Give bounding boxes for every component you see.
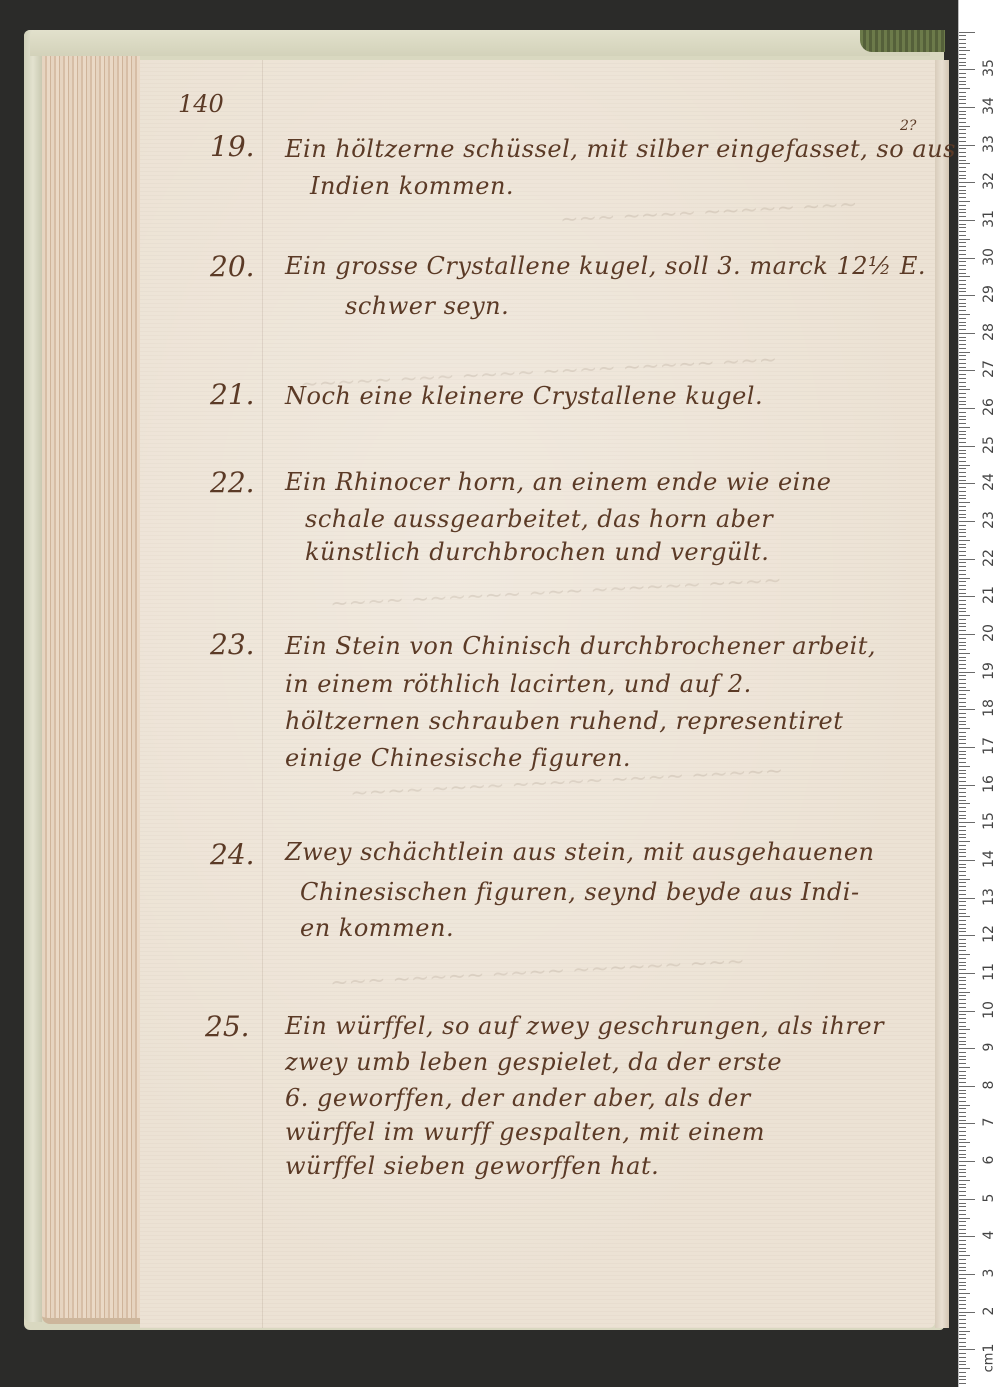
ruler-tick (959, 1334, 966, 1335)
ruler-tick (959, 129, 966, 130)
ruler-tick (959, 969, 966, 970)
ruler-tick (959, 58, 966, 59)
ruler-tick (959, 145, 975, 146)
ruler-tick (959, 999, 966, 1000)
ruler-tick (959, 1361, 966, 1362)
ruler-tick (959, 706, 966, 707)
ruler-tick (959, 570, 966, 571)
green-headband (860, 30, 945, 52)
ruler-tick (959, 1146, 966, 1147)
ruler-tick (959, 709, 975, 710)
ruler-label: 32 (981, 169, 997, 193)
ruler-tick (959, 382, 966, 383)
ruler-tick (959, 148, 966, 149)
ruler-tick (959, 1105, 970, 1106)
ruler-tick (959, 984, 966, 985)
ruler-tick (959, 1349, 975, 1350)
ruler-tick (959, 96, 966, 97)
ruler-tick (959, 1086, 975, 1087)
ruler-label: 17 (981, 734, 997, 758)
ruler-tick (959, 1278, 966, 1279)
ruler-tick (959, 1282, 966, 1283)
ruler-tick (959, 239, 970, 240)
ruler-tick (959, 280, 966, 281)
ruler-tick (959, 1240, 966, 1241)
ruler-tick (959, 209, 966, 210)
ruler-tick (959, 1090, 966, 1091)
ruler-label: 28 (981, 320, 997, 344)
ruler-tick (959, 807, 966, 808)
ruler-tick (959, 1218, 970, 1219)
ruler-tick (959, 442, 966, 443)
ruler-tick (959, 950, 966, 951)
entry-text-line: Indien kommen. (310, 172, 514, 200)
ruler-tick (959, 182, 975, 183)
ruler-tick (959, 461, 966, 462)
ruler-tick (959, 634, 975, 635)
ruler-tick (959, 525, 966, 526)
ruler-tick (959, 1041, 966, 1042)
ruler-tick (959, 118, 966, 119)
ruler-label: 27 (981, 357, 997, 381)
ruler-tick (959, 389, 970, 390)
ruler-label: 21 (981, 583, 997, 607)
ruler-tick (959, 32, 975, 33)
ruler-tick (959, 1236, 975, 1237)
ruler-tick (959, 1233, 966, 1234)
ruler-tick (959, 1078, 966, 1079)
ruler-tick (959, 1120, 966, 1121)
ruler-tick (959, 69, 975, 70)
ruler-tick (959, 1075, 966, 1076)
ruler-label: 20 (981, 621, 997, 645)
ruler-tick (959, 1029, 970, 1030)
ruler-tick (959, 754, 966, 755)
ruler-tick (959, 529, 966, 530)
ruler-tick (959, 1327, 966, 1328)
ruler-tick (959, 1199, 975, 1200)
ruler-tick (959, 141, 966, 142)
cover-spine-edge (24, 30, 42, 1322)
ruler-tick (959, 826, 966, 827)
ruler-label: 14 (981, 847, 997, 871)
ruler-tick (959, 167, 966, 168)
ruler-tick (959, 1191, 966, 1192)
ruler-tick (959, 107, 975, 108)
ruler-label: 26 (981, 395, 997, 419)
ruler-tick (959, 581, 966, 582)
ruler-tick (959, 254, 966, 255)
ruler-tick (959, 370, 975, 371)
ruler-tick (959, 822, 975, 823)
ruler-tick (959, 465, 970, 466)
ruler-tick (959, 1372, 966, 1373)
ruler-tick (959, 1165, 966, 1166)
ruler-tick (959, 657, 966, 658)
ruler-tick (959, 175, 966, 176)
ruler-tick (959, 1180, 970, 1181)
ruler-tick (959, 1267, 966, 1268)
ruler-tick (959, 578, 970, 579)
entry-text-line: in einem röthlich lacirten, und auf 2. (285, 670, 752, 698)
ruler-tick (959, 111, 966, 112)
ruler-tick (959, 1293, 970, 1294)
ruler-tick (959, 178, 966, 179)
ruler-tick (959, 721, 966, 722)
ruler-tick (959, 193, 966, 194)
ruler-tick (959, 197, 966, 198)
ruler-tick (959, 246, 966, 247)
ruler-tick (959, 574, 966, 575)
entry-text-line: würffel im wurff gespalten, mit einem (285, 1118, 765, 1146)
ruler-tick (959, 864, 966, 865)
ruler-tick (959, 965, 966, 966)
ruler-tick (959, 773, 966, 774)
ruler-tick (959, 935, 975, 936)
ruler-tick (959, 544, 966, 545)
ruler-tick (959, 468, 966, 469)
entry-text-line: einige Chinesische figuren. (285, 744, 631, 772)
ruler-tick (959, 649, 966, 650)
ruler-tick (959, 845, 966, 846)
ruler-tick (959, 856, 966, 857)
ruler-tick (959, 1229, 966, 1230)
ruler-tick (959, 152, 966, 153)
ruler-tick (959, 645, 966, 646)
ruler-label: 25 (981, 433, 997, 457)
ruler-tick (959, 35, 966, 36)
ruler-tick (959, 555, 966, 556)
ruler-tick (959, 348, 966, 349)
ruler-tick (959, 890, 966, 891)
ruler-label: 35 (981, 56, 997, 80)
ruler-label: 31 (981, 207, 997, 231)
ruler-tick (959, 660, 966, 661)
ruler-tick (959, 931, 966, 932)
ruler-tick (959, 1063, 966, 1064)
ruler-tick (959, 1003, 966, 1004)
ruler-tick (959, 600, 966, 601)
ruler-tick (959, 736, 966, 737)
ruler-tick (959, 916, 970, 917)
ruler-tick (959, 1255, 970, 1256)
ruler-label: 2 (981, 1299, 997, 1323)
ruler-label: 24 (981, 470, 997, 494)
ruler-tick (959, 1022, 966, 1023)
ruler-tick (959, 295, 975, 296)
ruler-tick (959, 905, 966, 906)
ruler-tick (959, 803, 970, 804)
ruler-tick (959, 160, 966, 161)
ruler-tick (959, 314, 970, 315)
ruler-tick (959, 1304, 966, 1305)
ruler-tick (959, 687, 966, 688)
ruler-tick (959, 604, 966, 605)
ruler-tick (959, 303, 966, 304)
ruler-tick (959, 386, 966, 387)
ruler-tick (959, 65, 966, 66)
ruler-tick (959, 728, 970, 729)
ruler-tick (959, 1059, 966, 1060)
ruler-tick (959, 653, 970, 654)
ruler-tick (959, 1210, 966, 1211)
ruler-tick (959, 638, 966, 639)
ruler-tick (959, 495, 966, 496)
ruler-label: 9 (981, 1035, 997, 1059)
ruler-tick (959, 1368, 970, 1369)
ruler-label: 8 (981, 1073, 997, 1097)
ruler-tick (959, 220, 975, 221)
ruler-tick (959, 340, 966, 341)
ruler-tick (959, 901, 966, 902)
ruler-label: 6 (981, 1148, 997, 1172)
ruler-tick (959, 1376, 966, 1377)
ruler-tick (959, 954, 970, 955)
ruler-tick (959, 1353, 966, 1354)
ruler-tick (959, 841, 970, 842)
entry-text-line: zwey umb leben gespielet, da der erste (285, 1048, 782, 1076)
ruler-label: 4 (981, 1223, 997, 1247)
ruler-tick (959, 457, 966, 458)
ruler-tick (959, 427, 970, 428)
entry-text-line: Ein höltzerne schüssel, mit silber einge… (285, 135, 956, 163)
ruler-label: 7 (981, 1110, 997, 1134)
ruler-tick (959, 781, 966, 782)
entry-text-line: Ein grosse Crystallene kugel, soll 3. ma… (285, 252, 926, 280)
ruler-tick (959, 943, 966, 944)
ruler-tick (959, 1082, 966, 1083)
ruler-tick (959, 608, 966, 609)
ruler-tick (959, 536, 966, 537)
ruler-label: 12 (981, 922, 997, 946)
ruler-tick (959, 480, 966, 481)
page-number: 140 (178, 90, 224, 118)
ruler-tick (959, 329, 966, 330)
ruler-tick (959, 792, 966, 793)
ruler-tick (959, 894, 966, 895)
ruler-tick (959, 886, 966, 887)
ruler-tick (959, 672, 975, 673)
entry-text-line: würffel sieben geworffen hat. (285, 1152, 659, 1180)
ruler-tick (959, 939, 966, 940)
ruler-tick (959, 401, 966, 402)
ruler-tick (959, 273, 966, 274)
ruler-tick (959, 1214, 966, 1215)
entry-text-line: Ein würffel, so auf zwey geschrungen, al… (285, 1012, 884, 1040)
ruler-tick (959, 337, 966, 338)
ruler-label: 18 (981, 696, 997, 720)
ruler-tick (959, 1308, 966, 1309)
ruler-tick (959, 698, 966, 699)
ruler-label: 22 (981, 546, 997, 570)
ruler-tick (959, 1383, 966, 1384)
ruler-label: 33 (981, 132, 997, 156)
ruler-tick (959, 679, 966, 680)
ruler-tick (959, 589, 966, 590)
ruler-tick (959, 291, 966, 292)
entry-number: 19. (210, 130, 255, 163)
ruler-tick (959, 322, 966, 323)
ruler-tick (959, 1067, 970, 1068)
ruler-tick (959, 566, 966, 567)
ruler-tick (959, 551, 966, 552)
ruler-tick (959, 1161, 975, 1162)
ruler-tick (959, 201, 970, 202)
ruler-tick (959, 1244, 966, 1245)
ruler-tick (959, 585, 966, 586)
ruler-tick (959, 412, 966, 413)
ruler-tick (959, 352, 970, 353)
ruler-tick (959, 913, 966, 914)
ruler-tick (959, 1331, 970, 1332)
gutter-fold (935, 60, 949, 1328)
ruler-tick (959, 491, 966, 492)
ruler-tick (959, 1319, 966, 1320)
entry-number: 24. (210, 838, 255, 871)
ruler-tick (959, 830, 966, 831)
ruler-label: 11 (981, 960, 997, 984)
ruler-tick (959, 1048, 975, 1049)
ruler-tick (959, 1139, 966, 1140)
ruler-tick (959, 84, 966, 85)
ruler-tick (959, 284, 966, 285)
ruler-tick (959, 258, 975, 259)
ruler-tick (959, 359, 966, 360)
ruler-tick (959, 1033, 966, 1034)
ruler-tick (959, 88, 970, 89)
ruler-tick (959, 1101, 966, 1102)
ruler-label: 30 (981, 245, 997, 269)
ruler-tick (959, 1184, 966, 1185)
ruler-tick (959, 521, 975, 522)
ruler-tick (959, 408, 975, 409)
ruler-tick (959, 1187, 966, 1188)
ruler-tick (959, 310, 966, 311)
ruler-tick (959, 103, 966, 104)
ruler-tick (959, 717, 966, 718)
ruler-tick (959, 713, 966, 714)
ruler-tick (959, 517, 966, 518)
ruler-tick (959, 514, 966, 515)
ruler-tick (959, 1259, 966, 1260)
ruler-tick (959, 837, 966, 838)
ruler-tick (959, 1346, 966, 1347)
ruler-tick (959, 882, 966, 883)
ruler-tick (959, 506, 966, 507)
entry-number: 22. (210, 466, 255, 499)
ruler-tick (959, 265, 966, 266)
ruler-tick (959, 611, 966, 612)
ruler-tick (959, 39, 966, 40)
ruler-tick (959, 751, 966, 752)
ruler-tick (959, 766, 970, 767)
ruler-label: 1 (981, 1336, 997, 1360)
ruler-tick (959, 977, 966, 978)
ruler-tick (959, 849, 966, 850)
ruler-tick (959, 1312, 975, 1313)
ruler-tick (959, 1169, 966, 1170)
ruler-tick (959, 995, 966, 996)
ruler-tick (959, 973, 975, 974)
ruler-tick (959, 419, 966, 420)
ruler-tick (959, 163, 970, 164)
ruler-tick (959, 288, 966, 289)
ruler-tick (959, 502, 970, 503)
ruler-tick (959, 743, 966, 744)
ruler-tick (959, 190, 966, 191)
ruler-label: 13 (981, 885, 997, 909)
entry-number: 20. (210, 250, 255, 283)
ruler-tick (959, 1342, 966, 1343)
ruler-tick (959, 1357, 966, 1358)
ruler-tick (959, 1285, 966, 1286)
entry-text-line: Noch eine kleinere Crystallene kugel. (285, 382, 763, 410)
ruler-tick (959, 1154, 966, 1155)
ruler-label: 15 (981, 809, 997, 833)
ruler-label: 10 (981, 998, 997, 1022)
ruler-tick (959, 962, 966, 963)
ruler-tick (959, 623, 966, 624)
centimeter-ruler: cm 1234567891011121314151617181920212223… (958, 0, 1000, 1387)
ruler-tick (959, 1203, 966, 1204)
ruler-tick (959, 472, 966, 473)
entry-text-line: höltzernen schrauben ruhend, representir… (285, 707, 843, 735)
ruler-tick (959, 114, 966, 115)
ruler-tick (959, 446, 975, 447)
ruler-tick (959, 1300, 966, 1301)
ruler-tick (959, 1011, 975, 1012)
ruler-tick (959, 498, 966, 499)
ruler-tick (959, 818, 966, 819)
page-edges-stack (42, 56, 140, 1324)
marginal-annotation: 2? (900, 118, 916, 134)
ruler-tick (959, 1172, 966, 1173)
ruler-tick (959, 1044, 966, 1045)
ruler-tick (959, 224, 966, 225)
ruler-label: 5 (981, 1186, 997, 1210)
ruler-tick (959, 1052, 966, 1053)
ruler-tick (959, 593, 966, 594)
ruler-tick (959, 562, 966, 563)
ruler-tick (959, 231, 966, 232)
ruler-tick (959, 920, 966, 921)
ruler-tick (959, 1338, 966, 1339)
ruler-tick (959, 1379, 966, 1380)
ruler-tick (959, 156, 966, 157)
ruler-tick (959, 99, 966, 100)
ruler-tick (959, 1131, 966, 1132)
ruler-tick (959, 796, 966, 797)
ruler-tick (959, 1116, 966, 1117)
ruler-tick (959, 958, 966, 959)
entry-number: 21. (210, 378, 255, 411)
ruler-tick (959, 683, 966, 684)
ruler-tick (959, 619, 966, 620)
ruler-tick (959, 871, 966, 872)
ruler-tick (959, 1135, 966, 1136)
ruler-tick (959, 186, 966, 187)
ruler-tick (959, 1037, 966, 1038)
ruler-tick (959, 1007, 966, 1008)
ruler-tick (959, 758, 966, 759)
ruler-tick (959, 800, 966, 801)
ruler-tick (959, 333, 975, 334)
ruler-tick (959, 668, 966, 669)
ruler-tick (959, 777, 966, 778)
ruler-tick (959, 476, 966, 477)
ruler-tick (959, 875, 966, 876)
ruler-tick (959, 235, 966, 236)
